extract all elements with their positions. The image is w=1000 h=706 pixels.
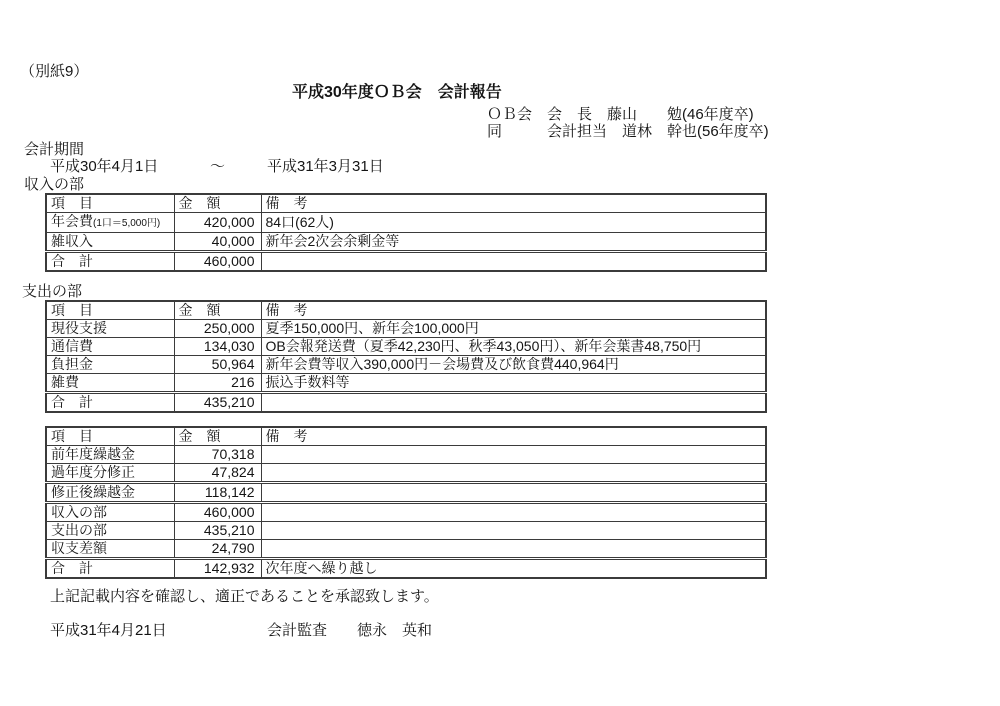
audit-date: 平成31年4月21日 [50, 622, 167, 639]
item-subtext: (1口＝5,000円) [93, 218, 160, 229]
col-header-note: 備 考 [261, 301, 766, 320]
table-total-row: 合 計 142,932 次年度へ繰り越し [46, 559, 766, 579]
col-header-amount: 金 額 [174, 301, 261, 320]
cell-item: 負担金 [46, 356, 174, 374]
cell-amount: 47,824 [174, 464, 261, 483]
cell-item: 合 計 [46, 393, 174, 413]
attachment-label: （別紙9） [20, 63, 88, 80]
cell-amount: 216 [174, 374, 261, 393]
cell-amount: 142,932 [174, 559, 261, 579]
col-header-item: 項 目 [46, 427, 174, 446]
cell-item: 合 計 [46, 559, 174, 579]
cell-item: 年会費(1口＝5,000円) [46, 213, 174, 233]
income-table: 項 目 金 額 備 考 年会費(1口＝5,000円) 420,000 84口(6… [45, 193, 767, 272]
cell-note: 新年会費等収入390,000円－会場費及び飲食費440,964円 [261, 356, 766, 374]
table-header-row: 項 目 金 額 備 考 [46, 301, 766, 320]
col-header-note: 備 考 [261, 194, 766, 213]
cell-note [261, 522, 766, 540]
audit-signature: 会計監査 徳永 英和 [267, 622, 432, 639]
cell-item: 修正後繰越金 [46, 483, 174, 503]
cell-note [261, 464, 766, 483]
cell-amount: 420,000 [174, 213, 261, 233]
cell-note [261, 446, 766, 464]
col-header-note: 備 考 [261, 427, 766, 446]
cell-item: 支出の部 [46, 522, 174, 540]
cell-amount: 40,000 [174, 233, 261, 252]
cell-note: 振込手数料等 [261, 374, 766, 393]
table-row: 収支差額 24,790 [46, 540, 766, 559]
cell-amount: 435,210 [174, 522, 261, 540]
cell-item: 通信費 [46, 338, 174, 356]
col-header-item: 項 目 [46, 301, 174, 320]
cell-amount: 118,142 [174, 483, 261, 503]
col-header-item: 項 目 [46, 194, 174, 213]
table-header-row: 項 目 金 額 備 考 [46, 427, 766, 446]
period-end-date: 平成31年3月31日 [267, 158, 384, 175]
table-row: 雑収入 40,000 新年会2次会余剰金等 [46, 233, 766, 252]
cell-item: 収支差額 [46, 540, 174, 559]
expense-table: 項 目 金 額 備 考 現役支援 250,000 夏季150,000円、新年会1… [45, 300, 767, 413]
item-text: 年会費 [51, 213, 93, 229]
cell-amount: 435,210 [174, 393, 261, 413]
table-row: 負担金 50,964 新年会費等収入390,000円－会場費及び飲食費440,9… [46, 356, 766, 374]
cell-note [261, 252, 766, 272]
table-row: 通信費 134,030 OB会報発送費（夏季42,230円、秋季43,050円）… [46, 338, 766, 356]
table-row: 年会費(1口＝5,000円) 420,000 84口(62人) [46, 213, 766, 233]
table-subtotal-row: 修正後繰越金 118,142 [46, 483, 766, 503]
cell-note [261, 483, 766, 503]
cell-amount: 50,964 [174, 356, 261, 374]
col-header-amount: 金 額 [174, 194, 261, 213]
confirmation-text: 上記記載内容を確認し、適正であることを承認致します。 [50, 588, 439, 605]
officer-president: ＯＢ会 会 長 藤山 勉(46年度卒) [487, 106, 754, 123]
cell-note: 新年会2次会余剰金等 [261, 233, 766, 252]
cell-note [261, 503, 766, 522]
table-header-row: 項 目 金 額 備 考 [46, 194, 766, 213]
cell-item: 現役支援 [46, 320, 174, 338]
col-header-amount: 金 額 [174, 427, 261, 446]
period-tilde: ～ [210, 158, 225, 175]
table-row: 前年度繰越金 70,318 [46, 446, 766, 464]
income-section-label: 収入の部 [24, 176, 84, 193]
cell-item: 前年度繰越金 [46, 446, 174, 464]
cell-item: 合 計 [46, 252, 174, 272]
cell-note [261, 393, 766, 413]
table-row: 雑費 216 振込手数料等 [46, 374, 766, 393]
cell-item: 雑収入 [46, 233, 174, 252]
cell-amount: 250,000 [174, 320, 261, 338]
cell-amount: 460,000 [174, 503, 261, 522]
expense-section-label: 支出の部 [22, 283, 82, 300]
cell-amount: 460,000 [174, 252, 261, 272]
table-total-row: 合 計 435,210 [46, 393, 766, 413]
cell-item: 収入の部 [46, 503, 174, 522]
officer-accountant: 同 会計担当 道林 幹也(56年度卒) [487, 123, 769, 140]
cell-item: 過年度分修正 [46, 464, 174, 483]
cell-note: 夏季150,000円、新年会100,000円 [261, 320, 766, 338]
cell-note: OB会報発送費（夏季42,230円、秋季43,050円）、新年会葉書48,750… [261, 338, 766, 356]
cell-amount: 70,318 [174, 446, 261, 464]
page-title: 平成30年度ＯＢ会 会計報告 [292, 84, 502, 101]
cell-note [261, 540, 766, 559]
period-section-label: 会計期間 [24, 141, 84, 158]
cell-amount: 24,790 [174, 540, 261, 559]
cell-amount: 134,030 [174, 338, 261, 356]
balance-table: 項 目 金 額 備 考 前年度繰越金 70,318 過年度分修正 47,824 … [45, 426, 767, 579]
table-row: 支出の部 435,210 [46, 522, 766, 540]
cell-note: 84口(62人) [261, 213, 766, 233]
table-row: 過年度分修正 47,824 [46, 464, 766, 483]
table-total-row: 合 計 460,000 [46, 252, 766, 272]
table-row: 収入の部 460,000 [46, 503, 766, 522]
period-start-date: 平成30年4月1日 [50, 158, 158, 175]
cell-item: 雑費 [46, 374, 174, 393]
table-row: 現役支援 250,000 夏季150,000円、新年会100,000円 [46, 320, 766, 338]
cell-note: 次年度へ繰り越し [261, 559, 766, 579]
